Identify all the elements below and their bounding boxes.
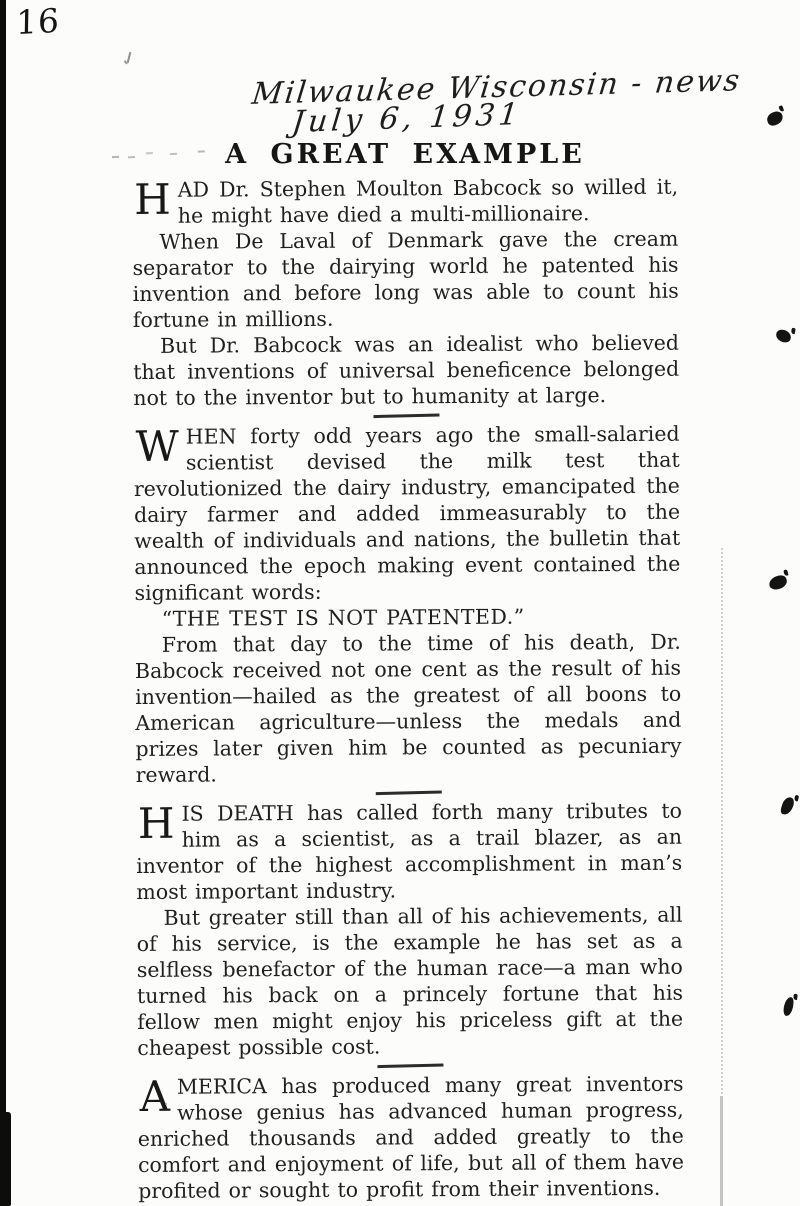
paragraph-text: IS DEATH has called forth many tributes …	[136, 799, 682, 904]
paragraph: But Dr. Babcock was an idealist who beli…	[133, 330, 679, 411]
paragraph: From that day to the time of his death, …	[135, 629, 682, 788]
paragraph-text: When De Laval of Denmark gave the cream …	[132, 227, 678, 332]
drop-cap: H	[132, 177, 178, 220]
fold-crease-line	[721, 548, 723, 1098]
paragraph-text: MERICA has produced many great inventors…	[138, 1072, 684, 1203]
ink-blot-icon	[768, 574, 789, 591]
ink-blot-icon	[780, 796, 796, 816]
check-mark-icon	[127, 52, 132, 63]
handwritten-date-annotation: July 6, 1931	[290, 97, 523, 140]
scan-edge-left-bottom	[0, 1112, 11, 1206]
section-divider	[373, 414, 439, 419]
pull-quote: “THE TEST IS NOT PATENTED.”	[135, 603, 681, 632]
ink-blot-icon	[783, 996, 795, 1016]
paragraph-text: From that day to the time of his death, …	[135, 630, 682, 787]
paragraph: HAD Dr. Stephen Moulton Babcock so wille…	[132, 174, 678, 229]
drop-cap: W	[134, 424, 186, 467]
paragraph-text: But Dr. Babcock was an idealist who beli…	[133, 331, 679, 410]
paragraph: HIS DEATH has called forth many tributes…	[136, 798, 683, 905]
paragraph-text: “THE TEST IS NOT PATENTED.”	[162, 605, 525, 631]
paragraph: When De Laval of Denmark gave the cream …	[132, 226, 679, 333]
scanned-newspaper-page: 16 Milwaukee Wisconsin - news July 6, 19…	[0, 0, 800, 1206]
ink-blot-icon	[775, 329, 792, 344]
headline: A GREAT EXAMPLE	[132, 139, 678, 170]
ink-blot-icon	[765, 110, 784, 127]
paragraph: WHEN forty odd years ago the small-salar…	[134, 421, 681, 606]
scan-edge-left	[0, 0, 6, 1206]
paragraph-text: But greater still than all of his achiev…	[137, 903, 684, 1060]
handwritten-page-number: 16	[16, 1, 61, 42]
paragraph-text: AD Dr. Stephen Moulton Babcock so willed…	[178, 175, 678, 228]
article-body: HAD Dr. Stephen Moulton Babcock so wille…	[132, 174, 684, 1204]
paragraph: But greater still than all of his achiev…	[136, 902, 683, 1061]
dust-speck	[165, 1103, 167, 1105]
drop-cap: H	[136, 801, 182, 844]
fold-crease-line-bottom	[720, 1096, 723, 1206]
paragraph-text: HEN forty odd years ago the small-salari…	[134, 422, 681, 605]
section-divider	[376, 791, 442, 796]
section-divider	[377, 1064, 443, 1069]
drop-cap: A	[137, 1074, 177, 1117]
paragraph: AMERICA has produced many great inventor…	[137, 1071, 684, 1204]
